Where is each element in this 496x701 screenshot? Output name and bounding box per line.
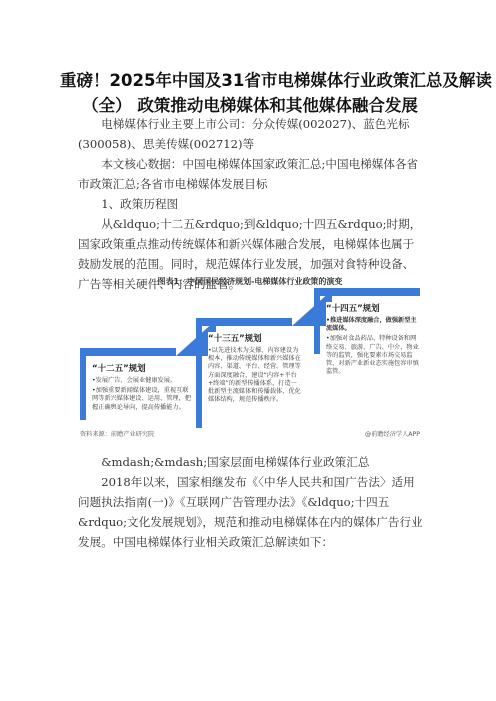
panel-1-title: “十二五”规划	[92, 362, 192, 374]
listed-companies-paragraph: 电梯媒体行业主要上市公司：分众传媒(002027)、蓝色光标(300058)、思…	[78, 114, 423, 154]
panel-1-top-bar	[80, 348, 176, 356]
panel-3-item: •加强对食品药品、特种设备和网络交易、旅游、广告、中介、物业等的监管，强化要素市…	[326, 335, 420, 376]
document-page: 重磅！2025年中国及31省市电梯媒体行业政策汇总及解读 （全） 政策推动电梯媒…	[0, 0, 496, 701]
panel-1-item: •加强重要新闻媒体建设，重视互联网等新兴媒体建设、运用、管理，把握正确舆论导向，…	[92, 387, 192, 412]
subsection-heading-national-policy: &mdash;&mdash;国家层面电梯媒体行业政策汇总	[78, 452, 423, 472]
figure-watermark-credit: @前瞻经济学人APP	[365, 429, 420, 438]
core-data-paragraph: 本文核心数据：中国电梯媒体国家政策汇总;中国电梯媒体各省市政策汇总;各省市电梯媒…	[78, 154, 423, 194]
figure-title: 图表1：中国国民经济规划-电梯媒体行业政策的演变	[80, 276, 420, 287]
panel-twelfth-five-year-plan: “十二五”规划 •发展广告、会展业健康发展。 •加强重要新闻媒体建设，重视互联网…	[92, 362, 192, 414]
figure-source-credit: 资料来源：前瞻产业研究院	[80, 429, 154, 438]
panel-3-item: •推进媒体深度融合，做强新型主流媒体。	[326, 317, 420, 333]
panel-3-top-bar	[314, 288, 420, 296]
policy-evolution-diagram: “十二五”规划 •发展广告、会展业健康发展。 •加强重要新闻媒体建设，重视互联网…	[80, 288, 420, 438]
panel-2-title: “十三五”规划	[208, 332, 302, 344]
panel-2-top-bar	[196, 318, 292, 326]
panel-3-title: “十四五”规划	[326, 302, 420, 314]
document-title-line-2: （全） 政策推动电梯媒体和其他媒体融合发展	[60, 92, 440, 116]
panel-fourteenth-five-year-plan: “十四五”规划 •推进媒体深度融合，做强新型主流媒体。 •加强对食品药品、特种设…	[326, 302, 420, 378]
panel-1-item: •发展广告、会展业健康发展。	[92, 377, 192, 385]
panel-3-left-bar	[314, 288, 320, 354]
policy-summary-paragraph: 2018年以来，国家相继发布《〈中华人民共和国广告法〉适用问题执法指南(一)》《…	[78, 472, 423, 552]
panel-thirteenth-five-year-plan: “十三五”规划 •以先进技术为支撑、内容建设为根本，推动传统媒体和新兴媒体在内容…	[208, 332, 302, 406]
panel-2-item: •以先进技术为支撑、内容建设为根本，推动传统媒体和新兴媒体在内容、渠道、平台、经…	[208, 347, 302, 404]
panel-1-left-bar	[80, 348, 86, 420]
section-heading-policy-history: 1、政策历程图	[78, 194, 423, 214]
document-title-line-1: 重磅！2025年中国及31省市电梯媒体行业政策汇总及解读	[60, 67, 440, 91]
panel-2-left-bar	[196, 318, 202, 428]
